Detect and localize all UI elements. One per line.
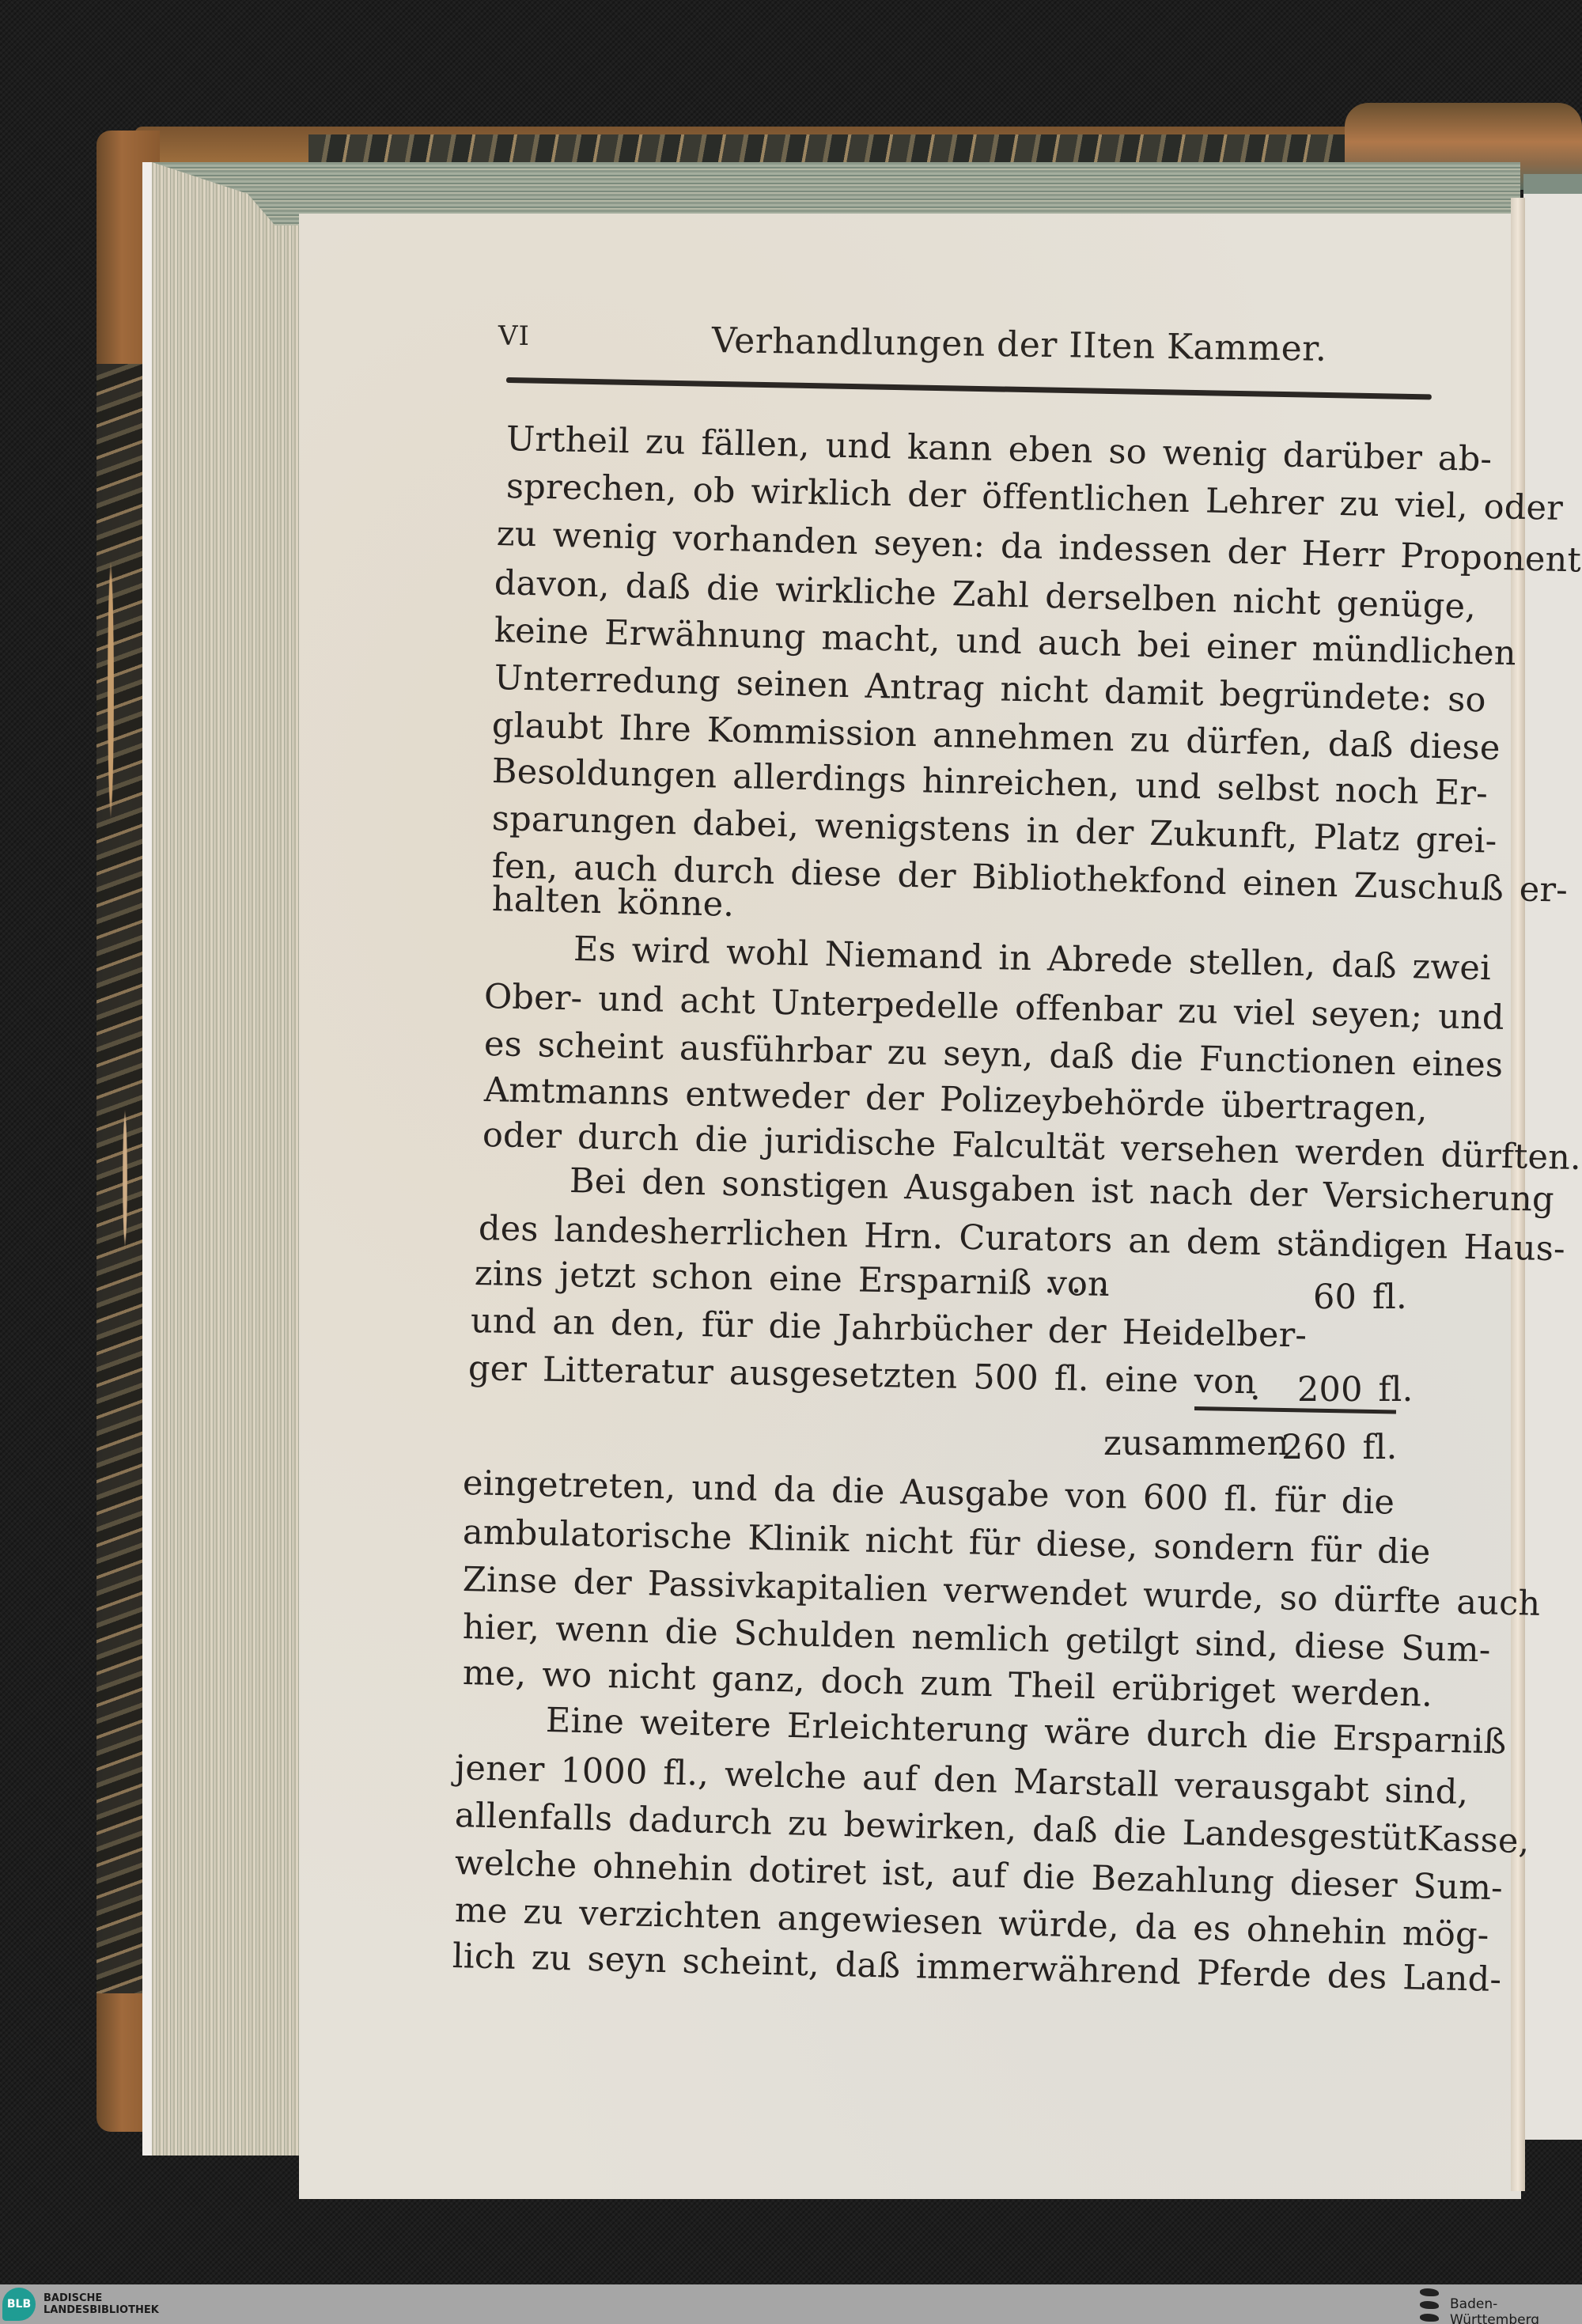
endpaper-edge [142, 162, 152, 2156]
marbled-board-left [97, 364, 144, 1993]
marbled-board-top [308, 134, 1361, 163]
baden-wuerttemberg-lions-icon [1417, 2288, 1441, 2322]
baden-wuerttemberg-logo-text[interactable]: Baden-Württemberg [1450, 2296, 1582, 2324]
blb-logo-line2: LANDESBIBLIOTHEK [44, 2304, 159, 2316]
text-line: halten könne. [491, 880, 734, 925]
page-number: VI [498, 320, 530, 352]
amount-value: 200 fl. [1297, 1370, 1413, 1410]
blb-logo-text[interactable]: BADISCHE LANDESBIBLIOTHEK [44, 2292, 159, 2316]
leader-dots: . . . [1044, 1262, 1108, 1301]
leader-dots: . [1250, 1368, 1261, 1408]
scan-image: VI Verhandlungen der IIten Kammer. Urthe… [0, 0, 1582, 2284]
page-stack-fore-edge [142, 162, 308, 2156]
total-label: zusammen [1103, 1424, 1289, 1463]
blb-logo-icon[interactable]: BLB [2, 2288, 36, 2321]
running-title: Verhandlungen der IIten Kammer. [712, 320, 1327, 369]
viewer-footer: BLB BADISCHE LANDESBIBLIOTHEK Baden-Würt… [0, 2284, 1582, 2324]
amount-value: 60 fl. [1313, 1277, 1407, 1317]
blb-logo-line1: BADISCHE [44, 2292, 159, 2304]
total-amount: 260 fl. [1281, 1428, 1397, 1467]
